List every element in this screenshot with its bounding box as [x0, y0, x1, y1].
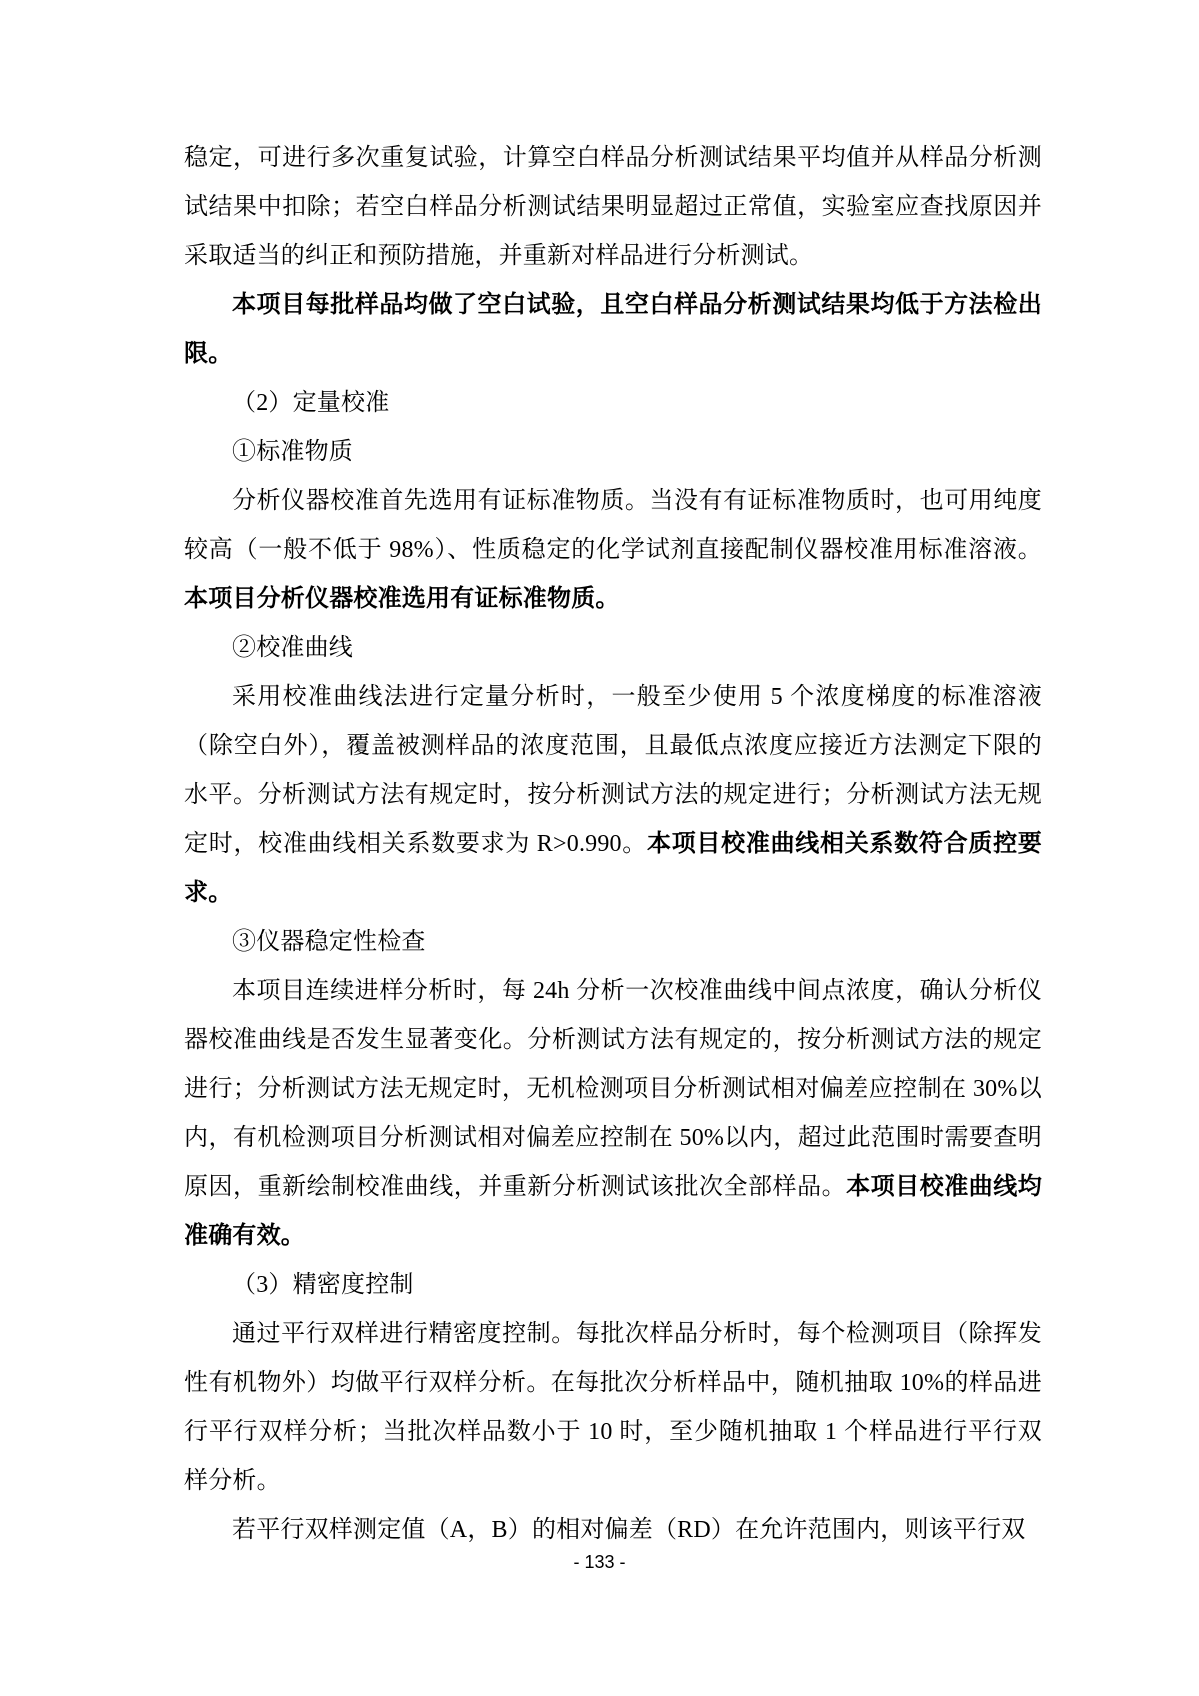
text-run: 本项目连续进样分析时，每 24h 分析一次校准曲线中间点浓度，确认分析仪器校准曲…: [184, 978, 1042, 1200]
paragraph-duplicate-sample: 通过平行双样进行精密度控制。每批次样品分析时，每个检测项目（除挥发性有机物外）均…: [184, 1310, 1042, 1506]
document-body: 稳定，可进行多次重复试验，计算空白样品分析测试结果平均值并从样品分析测试结果中扣…: [184, 134, 1042, 1555]
text-run: 通过平行双样进行精密度控制。每批次样品分析时，每个检测项目（除挥发性有机物外）均…: [184, 1321, 1042, 1494]
document-page: 稳定，可进行多次重复试验，计算空白样品分析测试结果平均值并从样品分析测试结果中扣…: [0, 0, 1199, 1696]
heading-quantitative-calibration: （2）定量校准: [184, 379, 1042, 428]
text-run: ①标准物质: [232, 439, 353, 465]
text-run: 若平行双样测定值（A，B）的相对偏差（RD）在允许范围内，则该平行双: [232, 1517, 1025, 1543]
paragraph-relative-deviation: 若平行双样测定值（A，B）的相对偏差（RD）在允许范围内，则该平行双: [184, 1506, 1042, 1555]
text-run: 分析仪器校准首先选用有证标准物质。当没有有证标准物质时，也可用纯度较高（一般不低…: [184, 488, 1042, 563]
heading-calibration-curve: ②校准曲线: [184, 624, 1042, 673]
paragraph-reference-material: 分析仪器校准首先选用有证标准物质。当没有有证标准物质时，也可用纯度较高（一般不低…: [184, 477, 1042, 624]
page-number: - 133 -: [0, 1552, 1199, 1573]
text-run: 稳定，可进行多次重复试验，计算空白样品分析测试结果平均值并从样品分析测试结果中扣…: [184, 145, 1042, 269]
heading-precision-control: （3）精密度控制: [184, 1261, 1042, 1310]
text-run: ②校准曲线: [232, 635, 353, 661]
heading-reference-material: ①标准物质: [184, 428, 1042, 477]
paragraph-instrument-stability: 本项目连续进样分析时，每 24h 分析一次校准曲线中间点浓度，确认分析仪器校准曲…: [184, 967, 1042, 1261]
paragraph-calibration-curve: 采用校准曲线法进行定量分析时，一般至少使用 5 个浓度梯度的标准溶液（除空白外）…: [184, 673, 1042, 918]
text-run: 本项目分析仪器校准选用有证标准物质。: [184, 586, 620, 612]
text-run: （3）精密度控制: [232, 1272, 414, 1298]
text-run: ③仪器稳定性检查: [232, 929, 426, 955]
text-run: 本项目每批样品均做了空白试验，且空白样品分析测试结果均低于方法检出限。: [184, 292, 1042, 367]
heading-instrument-stability-check: ③仪器稳定性检查: [184, 918, 1042, 967]
text-run: （2）定量校准: [232, 390, 389, 416]
paragraph-blank-test-continuation: 稳定，可进行多次重复试验，计算空白样品分析测试结果平均值并从样品分析测试结果中扣…: [184, 134, 1042, 281]
paragraph-blank-test-conclusion: 本项目每批样品均做了空白试验，且空白样品分析测试结果均低于方法检出限。: [184, 281, 1042, 379]
